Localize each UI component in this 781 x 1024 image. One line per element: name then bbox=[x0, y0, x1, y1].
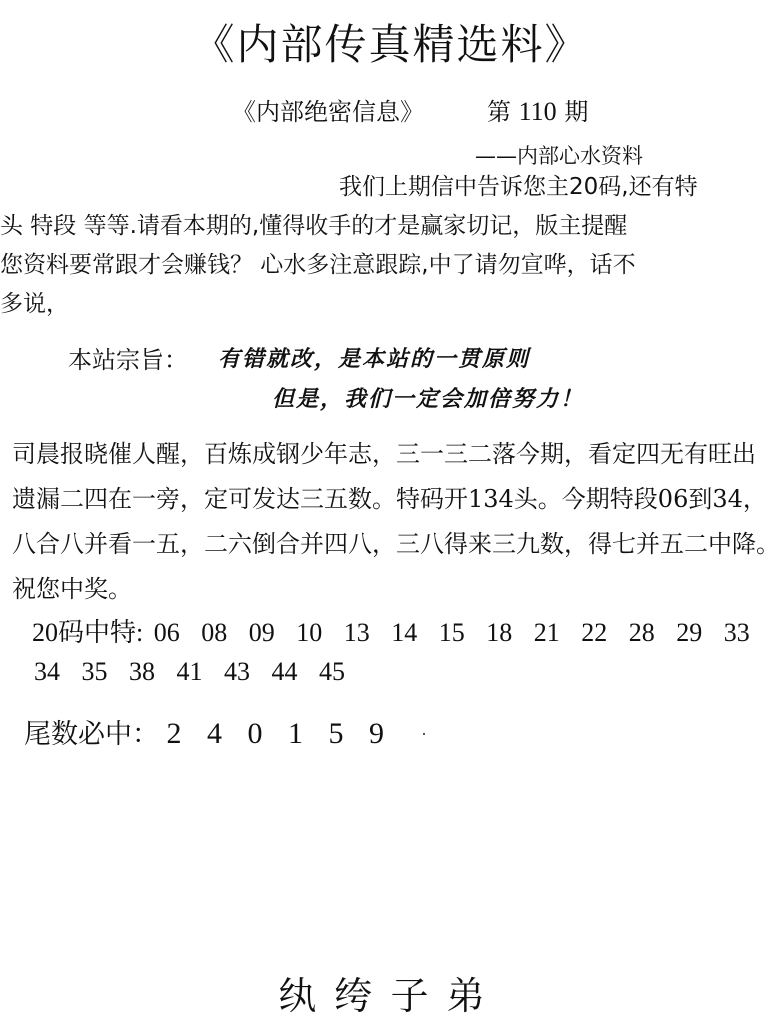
tail-numbers-label: 尾数必中： bbox=[24, 719, 159, 750]
poem-line: 司晨报晓催人醒，百炼成钢少年志，三一三二落今期，看定四无有旺出 bbox=[12, 432, 780, 477]
poem-block: 司晨报晓催人醒，百炼成钢少年志，三一三二落今期，看定四无有旺出 遗漏二四在一旁，… bbox=[12, 432, 780, 612]
code-number: 29 bbox=[676, 618, 702, 648]
intro-line: 头 特段 等等.请看本期的,懂得收手的才是赢家切记，版主提醒 bbox=[0, 207, 781, 246]
motto-line-2: 但是，我们一定会加倍努力！ bbox=[272, 382, 584, 413]
code-number: 06 bbox=[154, 618, 180, 648]
code-number: 45 bbox=[319, 657, 345, 687]
tail-digit: 9 bbox=[369, 717, 384, 751]
code-number: 14 bbox=[391, 618, 417, 648]
scan-speck bbox=[423, 733, 425, 735]
subtitle: 《内部绝密信息》 bbox=[232, 92, 424, 127]
code-number: 33 bbox=[724, 618, 750, 648]
code-number: 41 bbox=[177, 657, 203, 687]
poem-line: 八合八并看一五，二六倒合并四八，三八得来三九数，得七并五二中降。 bbox=[12, 522, 780, 567]
code-number: 21 bbox=[534, 618, 560, 648]
footer-signature: 纨绔子弟 bbox=[0, 965, 781, 1020]
issue-prefix: 第 bbox=[487, 98, 511, 126]
issue-suffix: 期 bbox=[564, 98, 588, 126]
code-number: 09 bbox=[249, 618, 275, 648]
code-number: 43 bbox=[224, 657, 250, 687]
code-number: 44 bbox=[272, 657, 298, 687]
tail-digit: 1 bbox=[288, 717, 303, 751]
motto-label: 本站宗旨： bbox=[68, 340, 188, 375]
motto-line-1: 有错就改，是本站的一贯原则 bbox=[218, 342, 530, 373]
code-number: 28 bbox=[629, 618, 655, 648]
code-number: 10 bbox=[296, 618, 322, 648]
code-number: 13 bbox=[344, 618, 370, 648]
source-label: ——内部心水资料 bbox=[475, 140, 643, 170]
tail-digit: 2 bbox=[167, 717, 182, 751]
issue-label: 第 110 期 bbox=[487, 92, 588, 127]
poem-line: 祝您中奖。 bbox=[12, 567, 780, 612]
tail-digit: 0 bbox=[248, 717, 263, 751]
codes-row-2: 34 35 38 41 43 44 45 bbox=[34, 657, 360, 687]
poem-line: 遗漏二四在一旁，定可发达三五数。特码开134头。今期特段06到34， bbox=[12, 477, 780, 522]
code-number: 15 bbox=[439, 618, 465, 648]
tail-digit: 5 bbox=[329, 717, 344, 751]
issue-number: 110 bbox=[519, 97, 557, 126]
intro-line: 多说， bbox=[0, 285, 781, 324]
intro-line: 我们上期信中告诉您主20码,还有特 bbox=[0, 168, 781, 207]
intro-line: 您资料要常跟才会赚钱？ 心水多注意跟踪,中了请勿宣哗，话不 bbox=[0, 246, 781, 285]
tail-digit: 4 bbox=[207, 717, 222, 751]
code-number: 38 bbox=[129, 657, 155, 687]
code-number: 18 bbox=[486, 618, 512, 648]
codes-label: 20码中特: bbox=[32, 618, 143, 647]
intro-paragraph: 我们上期信中告诉您主20码,还有特 头 特段 等等.请看本期的,懂得收手的才是赢… bbox=[0, 168, 781, 324]
page-title: 《内部传真精选料》 bbox=[0, 12, 781, 72]
tail-numbers-row: 尾数必中： 2 4 0 1 5 9 bbox=[24, 712, 402, 751]
code-number: 34 bbox=[34, 657, 60, 687]
code-number: 08 bbox=[201, 618, 227, 648]
code-number: 35 bbox=[82, 657, 108, 687]
code-number: 22 bbox=[581, 618, 607, 648]
codes-row-1: 20码中特: 06 08 09 10 13 14 15 18 21 22 28 … bbox=[32, 612, 765, 649]
